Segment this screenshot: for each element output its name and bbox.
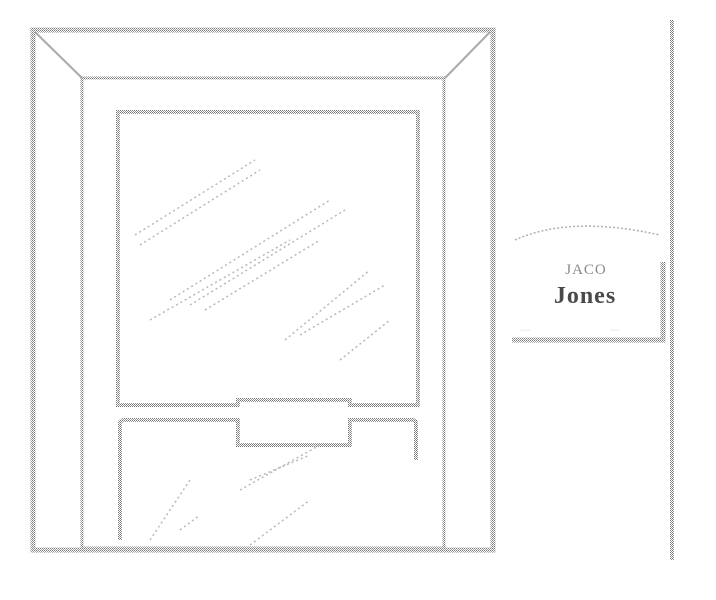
- door-scene: JACO Jones ····· ·····: [0, 0, 716, 600]
- lower-reflections: [150, 445, 320, 545]
- window-frame: [118, 112, 418, 405]
- sign-top-text: JACO: [556, 262, 616, 279]
- glass-reflections: [135, 160, 390, 360]
- door-frame: [33, 30, 493, 550]
- sign-small-text-right: ·····: [610, 328, 620, 334]
- sign-small-text-left: ·····: [520, 328, 530, 334]
- lower-door-panel: [120, 420, 416, 540]
- sign-name-text: Jones: [540, 283, 630, 310]
